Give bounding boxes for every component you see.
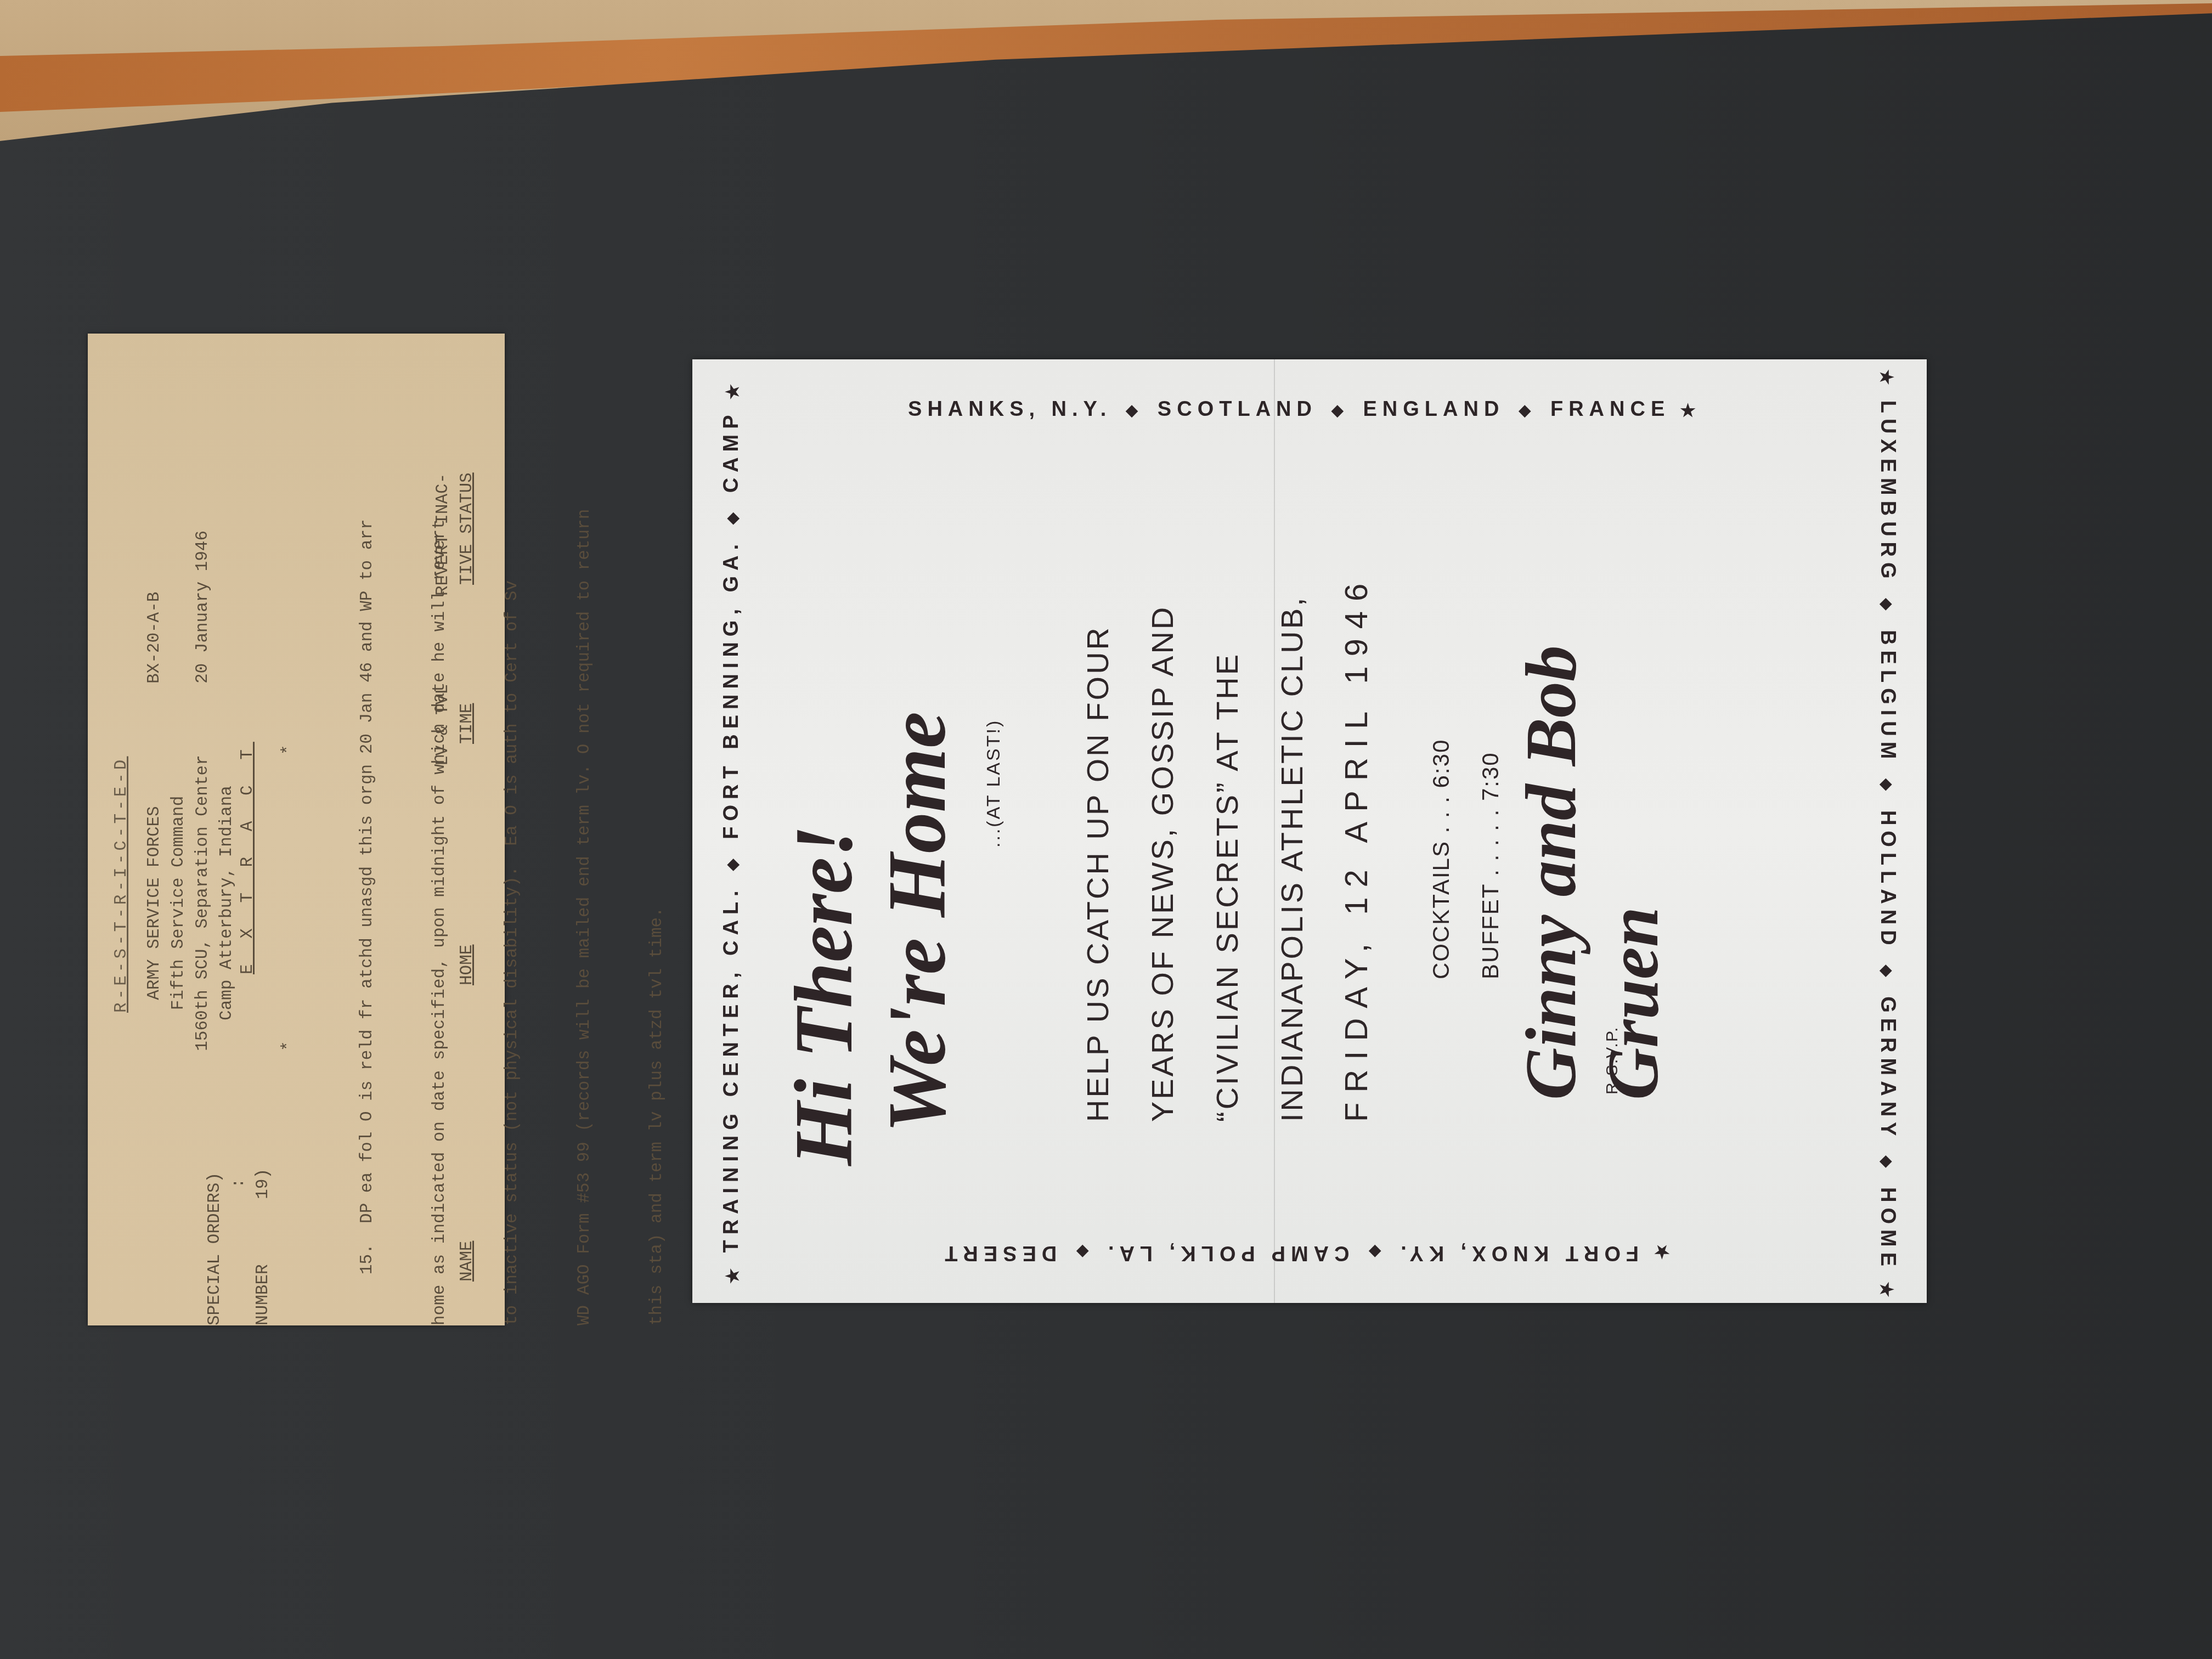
star-icon: ★ xyxy=(722,379,743,400)
paragraph-line: this sta) and term lv plus atzd tvl time… xyxy=(645,442,669,1325)
special-orders-paper: R-E-S-T-R-I-C-T-E-D ARMY SERVICE FORCES … xyxy=(88,334,505,1325)
border-place: LUXEMBURG xyxy=(1876,400,1899,584)
invitation-paper: ★TRAINING CENTER, CAL.◆FORT BENNING, GA.… xyxy=(692,359,1927,1303)
border-bottom: ★LUXEMBURG◆BELGIUM◆HOLLAND◆GERMANY◆HOME★ xyxy=(1876,359,1899,1303)
special-orders-label-block: SPECIAL ORDERS) : NUMBER 19) xyxy=(203,1169,275,1325)
border-place: CAMP POLK, LA. xyxy=(1103,1242,1350,1265)
schedule-label: BUFFET . . . . . xyxy=(1477,801,1503,979)
asterisk-divider: * xyxy=(277,1041,301,1051)
asterisk-divider: * xyxy=(277,744,301,755)
column-lv-tvl: LV & TVL xyxy=(431,684,455,766)
schedule-time: 7:30 xyxy=(1477,752,1503,801)
border-place: BELGIUM xyxy=(1876,630,1899,764)
order-date: 20 January 1946 xyxy=(191,531,215,684)
rsvp-note: R.S.V.P. xyxy=(1603,1026,1622,1094)
schedule-label: COCKTAILS . . . xyxy=(1428,788,1454,979)
paragraph-line: to inactive status (not physical disabil… xyxy=(500,442,524,1325)
classification-stamp: R-E-S-T-R-I-C-T-E-D xyxy=(110,757,134,1013)
org-line: Fifth Service Command xyxy=(167,749,191,1057)
event-date: FRIDAY, 12 APRIL 1946 xyxy=(1324,464,1389,1199)
star-icon: ★ xyxy=(1876,369,1897,391)
greeting-line-2: We're Home xyxy=(873,712,961,1133)
diamond-icon: ◆ xyxy=(723,507,741,524)
greeting-line-1: Hi There! xyxy=(780,825,868,1166)
star-icon: ★ xyxy=(1680,400,1701,421)
order-code: BX-20-A-B xyxy=(143,592,167,684)
special-orders-label: SPECIAL ORDERS) xyxy=(203,1169,227,1325)
roster-column-headers: NAME HOME LV & TVL TIME REVERT INAC- TIV… xyxy=(428,442,477,1325)
orders-header: R-E-S-T-R-I-C-T-E-D ARMY SERVICE FORCES … xyxy=(110,377,225,1260)
org-line: 1560th SCU, Separation Center xyxy=(191,749,215,1057)
number-label: NUMBER xyxy=(253,1264,273,1325)
special-orders-colon: : xyxy=(227,1169,251,1325)
column-home: HOME xyxy=(455,945,479,985)
border-place: SHANKS, N.Y. xyxy=(908,398,1111,421)
diamond-icon: ◆ xyxy=(1878,965,1896,983)
border-place: FRANCE xyxy=(1550,398,1670,421)
org-line: ARMY SERVICE FORCES xyxy=(143,749,167,1057)
hosts-signature: Ginny and Bob Gruen xyxy=(1510,464,1674,1100)
border-place: TRAINING CENTER, CAL. xyxy=(720,885,743,1252)
extract-heading: E X T R A C T xyxy=(236,742,260,974)
diamond-icon: ◆ xyxy=(1331,401,1349,419)
diamond-icon: ◆ xyxy=(1878,599,1896,616)
border-place: HOLLAND xyxy=(1876,810,1899,951)
number-value: 19) xyxy=(253,1169,273,1254)
special-orders-document: R-E-S-T-R-I-C-T-E-D ARMY SERVICE FORCES … xyxy=(88,334,505,1325)
body-line: YEARS OF NEWS, GOSSIP AND xyxy=(1130,464,1195,1199)
number-row: NUMBER 19) xyxy=(251,1169,275,1325)
diamond-icon: ◆ xyxy=(1126,401,1143,419)
schedule-item-cocktails: COCKTAILS . . . 6:30 xyxy=(1417,739,1466,979)
schedule-item-buffet: BUFFET . . . . . 7:30 xyxy=(1466,739,1515,979)
schedule-time: 6:30 xyxy=(1428,739,1454,788)
body-line: HELP US CATCH UP ON FOUR xyxy=(1065,464,1130,1199)
border-right: SHANKS, N.Y.◆SCOTLAND◆ENGLAND◆FRANCE★ xyxy=(692,398,1927,421)
border-place: GERMANY xyxy=(1876,996,1899,1141)
body-line: INDIANAPOLIS ATHLETIC CLUB, xyxy=(1260,464,1324,1199)
star-icon: ★ xyxy=(1876,1282,1897,1303)
diamond-icon: ◆ xyxy=(1878,778,1896,796)
column-revert: REVERT INAC- xyxy=(431,473,455,596)
border-place: ENGLAND xyxy=(1363,398,1505,421)
border-place: CAMP xyxy=(720,409,743,493)
star-icon: ★ xyxy=(1649,1242,1670,1262)
diamond-icon: ◆ xyxy=(723,854,741,871)
border-place: FORT BENNING, GA. xyxy=(720,539,743,839)
diamond-icon: ◆ xyxy=(1519,401,1536,419)
border-place: FORT KNOX, KY. xyxy=(1395,1242,1639,1265)
at-last-note: ...(AT LAST!) xyxy=(983,719,1005,848)
diamond-icon: ◆ xyxy=(1878,1155,1896,1173)
column-name: NAME xyxy=(455,1241,479,1282)
body-line: “CIVILIAN SECRETS” AT THE xyxy=(1195,464,1260,1199)
border-left: ★FORT KNOX, KY.◆CAMP POLK, LA.◆DESERT xyxy=(692,1241,1927,1265)
invitation-content: Hi There! We're Home ...(AT LAST!) HELP … xyxy=(780,464,1839,1199)
column-lv-tvl-time: TIME xyxy=(455,703,479,744)
organization-block: ARMY SERVICE FORCES Fifth Service Comman… xyxy=(143,749,239,1057)
star-icon: ★ xyxy=(722,1263,743,1284)
border-top: ★TRAINING CENTER, CAL.◆FORT BENNING, GA.… xyxy=(720,359,743,1303)
paragraph-line: WD AGO Form #53 99 (records will be mail… xyxy=(573,442,597,1325)
diamond-icon: ◆ xyxy=(1364,1243,1381,1261)
invitation-card: ★TRAINING CENTER, CAL.◆FORT BENNING, GA.… xyxy=(692,359,1927,1303)
event-schedule: COCKTAILS . . . 6:30 BUFFET . . . . . 7:… xyxy=(1417,739,1515,979)
paragraph-line: 15. DP ea fol O is reld fr atchd unasgd … xyxy=(356,442,380,1325)
border-place: DESERT xyxy=(939,1242,1057,1265)
column-revert-2: TIVE STATUS xyxy=(455,472,479,585)
diamond-icon: ◆ xyxy=(1071,1243,1088,1261)
border-place: SCOTLAND xyxy=(1158,398,1317,421)
invitation-body: HELP US CATCH UP ON FOUR YEARS OF NEWS, … xyxy=(1065,464,1389,1199)
